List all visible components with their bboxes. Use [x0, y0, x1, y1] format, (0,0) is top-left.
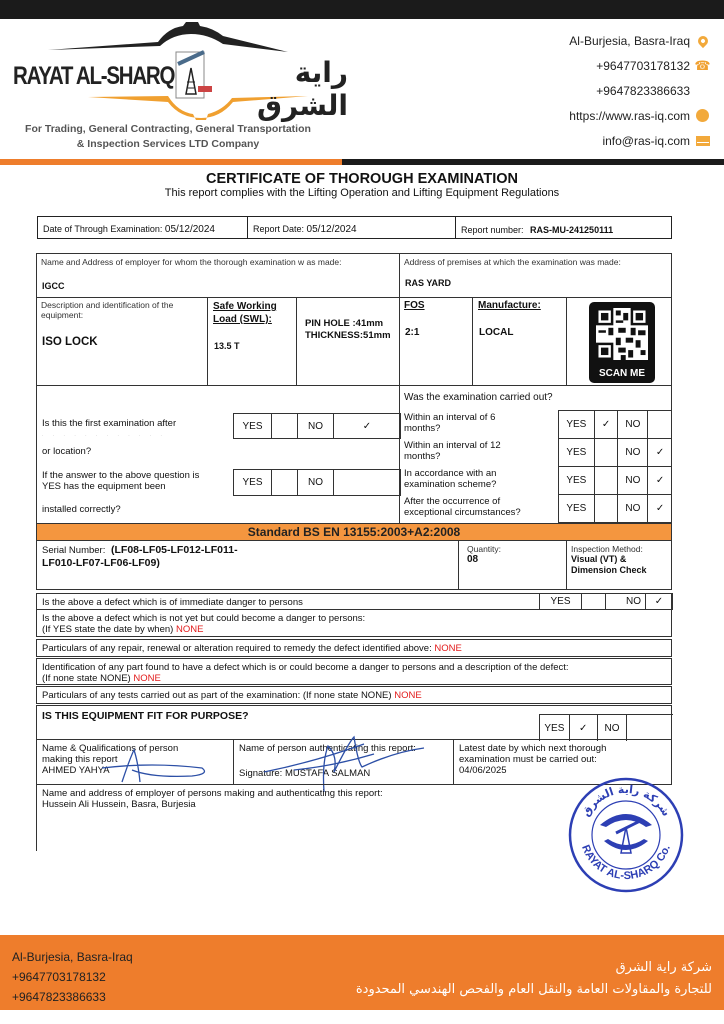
immediate-danger-yes-box[interactable] — [582, 593, 606, 610]
first-exam-no-label: NO — [298, 414, 334, 438]
first-exam-yes-box[interactable] — [272, 414, 298, 438]
authenticator-cell: Name of person authenticating this repor… — [233, 739, 454, 785]
swl-value: 13.5 T — [214, 341, 240, 351]
installed-yes-box[interactable] — [272, 470, 298, 495]
footer-contacts: Al-Burjesia, Basra-Iraq +9647703178132 +… — [12, 947, 133, 1007]
footer-arabic-line-1: شركة راية الشرق — [356, 957, 712, 979]
fit-for-purpose-yes-no: YES ✓ NO — [539, 714, 673, 741]
first-exam-yes-label: YES — [234, 414, 272, 438]
first-exam-question: Is this the first examination after — [42, 418, 176, 429]
inspection-method-value: Visual (VT) & Dimension Check — [567, 554, 671, 576]
first-exam-section: Is this the first examination after . . … — [36, 385, 400, 524]
logo-english-text: RAYAT AL-SHARQ — [13, 62, 174, 91]
carried-out-yes-checkbox[interactable] — [595, 467, 619, 494]
carried-out-yes-label: YES — [559, 495, 595, 522]
report-date-value: 05/12/2024 — [307, 224, 357, 235]
inspection-method-line-1: Visual (VT) & — [571, 554, 667, 565]
dimensions-cell: PIN HOLE :41mm THICKNESS:51mm — [296, 297, 400, 386]
carried-out-no-label: NO — [618, 495, 648, 522]
carried-out-section: Was the examination carried out? Within … — [399, 385, 672, 524]
contact-email[interactable]: info@ras-iq.com — [569, 128, 710, 153]
exam-date-label: Date of Through Examination: — [43, 224, 162, 234]
carried-out-question-line-1: After the occurrence of — [404, 496, 521, 507]
contact-phone-2[interactable]: +9647823386633 — [569, 78, 710, 103]
installed-yes-no: YES NO — [233, 469, 401, 496]
certificate-title: CERTIFICATE OF THOROUGH EXAMINATION — [0, 171, 724, 187]
examination-form: Name and Address of employer for whom th… — [36, 253, 672, 851]
serial-value-line-2: LF010-LF07-LF06-LF09) — [42, 557, 238, 570]
manufacture-label: Manufacture: — [473, 298, 566, 313]
identification-row: Identification of any part found to have… — [36, 658, 672, 685]
future-danger-line-2: (If YES state the date by when) — [42, 624, 173, 635]
qr-code[interactable]: SCAN ME — [589, 302, 655, 383]
tagline-line-1: For Trading, General Contracting, Genera… — [8, 122, 328, 137]
first-exam-yes-no: YES NO ✓ — [233, 413, 401, 439]
carried-out-no-label: NO — [618, 411, 648, 438]
carried-out-yes-label: YES — [559, 439, 595, 466]
employer-value: IGCC — [42, 281, 65, 291]
carried-out-yes-no: YES✓NO — [558, 410, 672, 439]
employer-persons-label: Name and address of employer of persons … — [42, 788, 383, 799]
serial-cell: Serial Number: (LF08-LF05-LF012-LF011- L… — [36, 540, 459, 590]
carried-out-no-label: NO — [618, 467, 648, 494]
immediate-danger-yes-label: YES — [540, 593, 582, 610]
qr-scan-label: SCAN ME — [589, 368, 655, 379]
carried-out-question-line-1: In accordance with an — [404, 468, 496, 479]
report-number-label: Report number: — [461, 225, 524, 235]
fos-cell: FOS 2:1 — [399, 297, 473, 386]
carried-out-yes-checkbox[interactable] — [595, 495, 619, 522]
swl-label: Safe Working Load (SWL): — [208, 298, 296, 328]
fos-value: 2:1 — [405, 327, 419, 338]
carried-out-no-checkbox[interactable]: ✓ — [648, 495, 672, 522]
carried-out-question: Within an interval of 12months? — [404, 440, 501, 462]
immediate-danger-no-checkbox[interactable]: ✓ — [646, 593, 672, 610]
report-number-value: RAS-MU-241250111 — [530, 225, 613, 235]
footer-phone-1[interactable]: +9647703178132 — [12, 967, 133, 987]
repair-text: Particulars of any repair, renewal or al… — [42, 643, 462, 654]
carried-out-yes-label: YES — [559, 411, 595, 438]
carried-out-no-checkbox[interactable] — [648, 411, 672, 438]
report-number-cell: Report number: RAS-MU-241250111 — [456, 217, 672, 239]
dimensions-values: PIN HOLE :41mm THICKNESS:51mm — [305, 318, 391, 342]
header-divider-orange — [0, 159, 342, 165]
installed-no-box[interactable] — [334, 470, 400, 495]
footer-bar: Al-Burjesia, Basra-Iraq +9647703178132 +… — [0, 935, 724, 1010]
inspection-method-label: Inspection Method: — [567, 541, 671, 554]
immediate-danger-question: Is the above a defect which is of immedi… — [42, 597, 303, 608]
future-danger-line-1: Is the above a defect which is not yet b… — [42, 613, 365, 624]
first-exam-question-obscured: . . . . . . . . . . . . — [42, 432, 166, 438]
premises-cell: Address of premises at which the examina… — [399, 253, 672, 298]
carried-out-question: Within an interval of 6months? — [404, 412, 495, 434]
carried-out-yes-no: YESNO✓ — [558, 466, 672, 495]
carried-out-yes-no: YESNO✓ — [558, 438, 672, 467]
carried-out-no-checkbox[interactable]: ✓ — [648, 467, 672, 494]
contact-website[interactable]: https://www.ras-iq.com — [569, 103, 710, 128]
contact-phone-1[interactable]: +9647703178132 ☎ — [569, 53, 710, 78]
carried-out-question-line-2: months? — [404, 451, 501, 462]
contact-phone-2-text[interactable]: +9647823386633 — [596, 84, 690, 98]
swl-cell: Safe Working Load (SWL): 13.5 T — [207, 297, 297, 386]
first-exam-question-end: or location? — [42, 446, 91, 457]
identification-line-1: Identification of any part found to have… — [42, 662, 569, 673]
tests-row: Particulars of any tests carried out as … — [36, 686, 672, 704]
contact-website-link[interactable]: https://www.ras-iq.com — [569, 109, 690, 123]
carried-out-question-line-1: Within an interval of 6 — [404, 412, 495, 423]
exam-date-cell: Date of Through Examination: 05/12/2024 — [38, 217, 248, 239]
equipment-desc-cell: Description and identification of the eq… — [36, 297, 208, 386]
premises-label: Address of premises at which the examina… — [400, 254, 671, 270]
contact-phone-1-text[interactable]: +9647703178132 — [596, 59, 690, 73]
fit-yes-checkbox[interactable]: ✓ — [570, 715, 598, 741]
contact-address-text: Al-Burjesia, Basra-Iraq — [569, 34, 690, 48]
future-danger-value: NONE — [176, 624, 203, 635]
company-logo: RAYAT AL-SHARQ راية الشرق For Trading, G… — [8, 22, 348, 140]
report-maker-cell: Name & Qualifications of person making t… — [36, 739, 234, 785]
dates-table: Date of Through Examination: 05/12/2024 … — [37, 216, 672, 239]
installed-no-label: NO — [298, 470, 334, 495]
fit-yes-label: YES — [540, 715, 570, 741]
carried-out-question: In accordance with anexamination scheme? — [404, 468, 496, 490]
pin-hole-value: PIN HOLE :41mm — [305, 318, 391, 330]
logo-arabic-text: راية الشرق — [200, 56, 348, 122]
carried-out-no-label: NO — [618, 439, 648, 466]
fit-for-purpose-question: IS THIS EQUIPMENT FIT FOR PURPOSE? — [42, 710, 249, 722]
mail-icon — [695, 133, 710, 148]
fos-label: FOS — [400, 298, 472, 313]
installed-yes-label: YES — [234, 470, 272, 495]
company-stamp-icon: شركة راية الشرق RAYAT AL-SHARQ Co. — [566, 775, 686, 895]
manufacture-value: LOCAL — [479, 327, 513, 338]
company-tagline: For Trading, General Contracting, Genera… — [8, 122, 328, 152]
carried-out-question-line-2: examination scheme? — [404, 479, 496, 490]
carried-out-no-checkbox[interactable]: ✓ — [648, 439, 672, 466]
contact-email-link[interactable]: info@ras-iq.com — [602, 134, 690, 148]
inspection-method-line-2: Dimension Check — [571, 565, 667, 576]
future-danger-row: Is the above a defect which is not yet b… — [36, 609, 672, 637]
installed-question-line-3: installed correctly? — [42, 504, 121, 515]
carried-out-question: After the occurrence ofexceptional circu… — [404, 496, 521, 518]
immediate-danger-no-label: NO — [606, 593, 646, 610]
immediate-danger-yes-no: YES NO ✓ — [539, 593, 673, 610]
standard-banner: Standard BS EN 13155:2003+A2:2008 — [36, 523, 672, 541]
report-date-cell: Report Date: 05/12/2024 — [248, 217, 456, 239]
employer-label: Name and Address of employer for whom th… — [37, 254, 399, 270]
employer-cell: Name and Address of employer for whom th… — [36, 253, 400, 298]
repair-value: NONE — [434, 643, 461, 654]
first-exam-no-checkbox[interactable]: ✓ — [334, 414, 400, 438]
certificate-subtitle: This report complies with the Lifting Op… — [0, 187, 724, 199]
carried-out-question-line-1: Within an interval of 12 — [404, 440, 501, 451]
footer-arabic-line-2: للتجارة والمقاولات العامة والنقل العام و… — [356, 979, 712, 1001]
serial-label: Serial Number: — [42, 545, 105, 556]
inspection-method-cell: Inspection Method: Visual (VT) & Dimensi… — [566, 540, 672, 590]
next-exam-label-line-2: examination must be carried out: — [459, 754, 606, 765]
report-date-label: Report Date: — [253, 224, 304, 234]
employer-persons-value: Hussein Ali Hussein, Basra, Burjesia — [42, 799, 383, 810]
fit-no-label: NO — [598, 715, 628, 741]
carried-out-question-line-2: months? — [404, 423, 495, 434]
installed-question-line-2: YES has the equipment been — [42, 481, 199, 492]
quantity-cell: Quantity: 08 — [458, 540, 567, 590]
carried-out-question-line-2: exceptional circumstances? — [404, 507, 521, 518]
top-bar — [0, 0, 724, 19]
premises-value: RAS YARD — [405, 278, 451, 288]
tests-value: NONE — [394, 690, 421, 701]
quantity-value: 08 — [459, 554, 566, 565]
manufacture-cell: Manufacture: LOCAL — [472, 297, 567, 386]
equipment-desc-value: ISO LOCK — [42, 336, 98, 348]
qr-cell: SCAN ME — [566, 297, 672, 386]
employer-persons-content: Name and address of employer of persons … — [42, 788, 383, 810]
phone-icon: ☎ — [695, 58, 710, 73]
carried-out-yes-checkbox[interactable]: ✓ — [595, 411, 619, 438]
carried-out-yes-no: YESNO✓ — [558, 494, 672, 523]
header-divider-dark — [342, 159, 724, 165]
installed-question: If the answer to the above question is Y… — [42, 470, 199, 492]
immediate-danger-row: Is the above a defect which is of immedi… — [36, 593, 672, 610]
tests-label: Particulars of any tests carried out as … — [42, 690, 392, 701]
tests-text: Particulars of any tests carried out as … — [42, 690, 422, 701]
equipment-desc-label: Description and identification of the eq… — [37, 298, 207, 322]
identification-value: NONE — [133, 673, 160, 684]
footer-phone-2[interactable]: +9647823386633 — [12, 987, 133, 1007]
location-pin-icon — [695, 33, 710, 48]
footer-arabic-name: شركة راية الشرق للتجارة والمقاولات العام… — [356, 957, 712, 1001]
installed-question-line-1: If the answer to the above question is — [42, 470, 199, 481]
repair-label: Particulars of any repair, renewal or al… — [42, 643, 432, 654]
identification-line-2: (If none state NONE) — [42, 673, 131, 684]
footer-address: Al-Burjesia, Basra-Iraq — [12, 947, 133, 967]
next-exam-label-line-1: Latest date by which next thorough — [459, 743, 606, 754]
carried-out-yes-checkbox[interactable] — [595, 439, 619, 466]
identification-text: Identification of any part found to have… — [42, 662, 569, 684]
serial-content: Serial Number: (LF08-LF05-LF012-LF011- L… — [42, 544, 238, 570]
carried-out-yes-label: YES — [559, 467, 595, 494]
carried-out-title: Was the examination carried out? — [404, 392, 553, 403]
serial-value-line-1: (LF08-LF05-LF012-LF011- — [111, 544, 238, 556]
globe-icon — [695, 108, 710, 123]
next-exam-content: Latest date by which next thorough exami… — [459, 743, 606, 776]
tagline-line-2: & Inspection Services LTD Company — [8, 137, 328, 152]
fit-no-box[interactable] — [627, 715, 673, 741]
quantity-label: Quantity: — [459, 541, 566, 554]
thickness-value: THICKNESS:51mm — [305, 330, 391, 342]
exam-date-value: 05/12/2024 — [165, 224, 215, 235]
future-danger-text: Is the above a defect which is not yet b… — [42, 613, 365, 635]
header-contacts: Al-Burjesia, Basra-Iraq +9647703178132 ☎… — [569, 28, 710, 153]
qr-code-icon — [596, 308, 648, 360]
repair-row: Particulars of any repair, renewal or al… — [36, 639, 672, 657]
contact-address: Al-Burjesia, Basra-Iraq — [569, 28, 710, 53]
maker-signature-icon — [92, 748, 212, 786]
